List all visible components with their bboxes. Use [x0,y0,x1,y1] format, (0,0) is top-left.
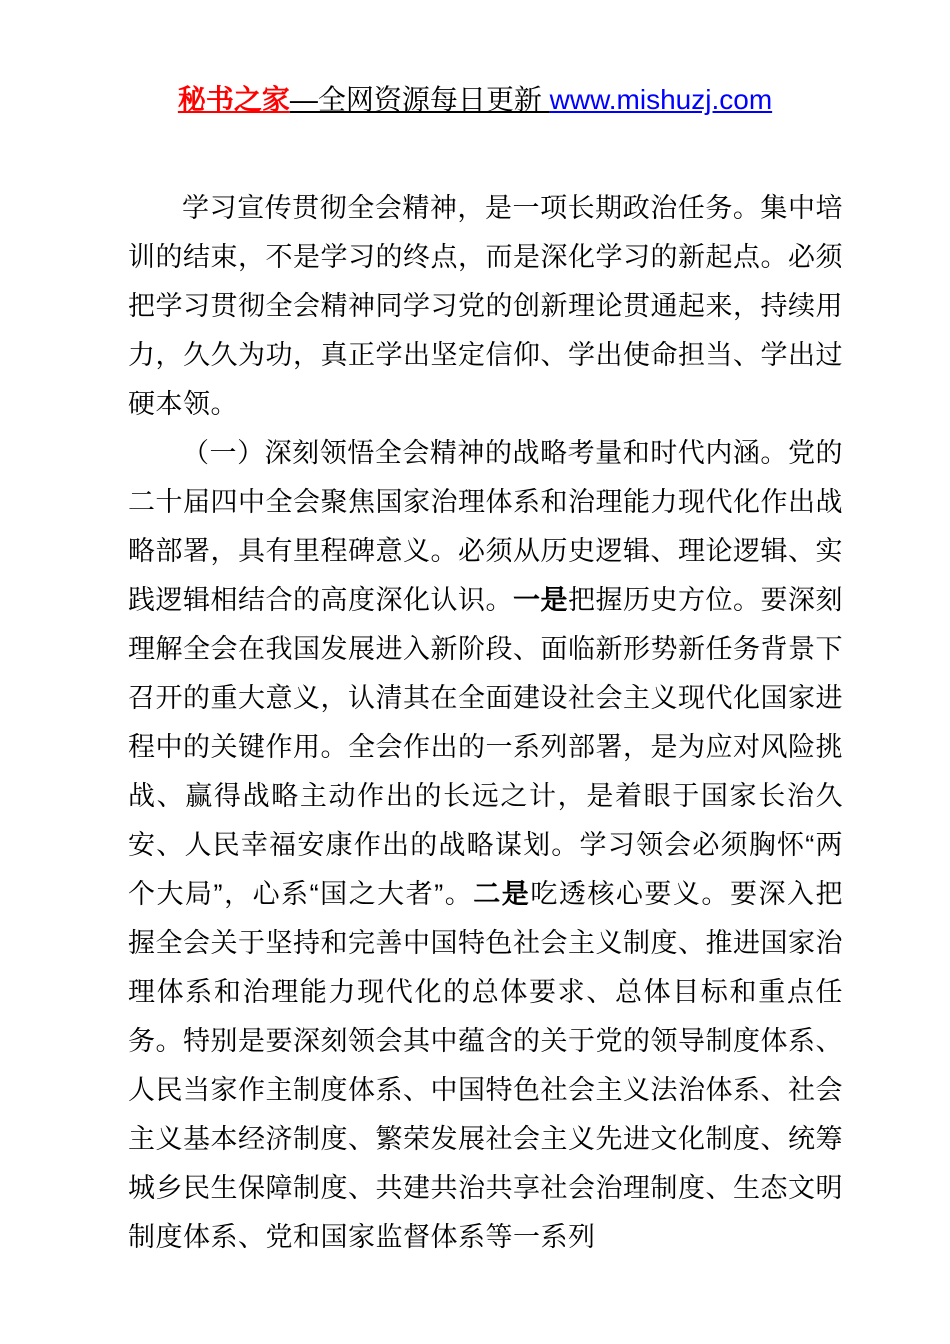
site-tagline: —全网资源每日更新 [290,84,550,115]
text-run: 学习宣传贯彻全会精神，是一项长期政治任务。集中培训的结束，不是学习的终点，而是深… [128,193,843,419]
site-url-link[interactable]: www.mishuzj.com [550,84,772,115]
text-run: 把握历史方位。要深刻理解全会在我国发展进入新阶段、面临新形势新任务背景下召开的重… [128,585,843,909]
emphasis-text-run: 一是 [513,585,568,615]
document-body: 学习宣传贯彻全会精神，是一项长期政治任务。集中培训的结束，不是学习的终点，而是深… [128,184,843,1262]
paragraph: 学习宣传贯彻全会精神，是一项长期政治任务。集中培训的结束，不是学习的终点，而是深… [128,184,843,429]
document-page: 秘书之家—全网资源每日更新 www.mishuzj.com 学习宣传贯彻全会精神… [0,0,950,1344]
text-run: 吃透核心要义。要深入把握全会关于坚持和完善中国特色社会主义制度、推进国家治理体系… [128,879,843,1252]
site-logo-text: 秘书之家 [178,84,290,115]
emphasis-text-run: 二是 [473,879,530,909]
paragraph: （一）深刻领悟全会精神的战略考量和时代内涵。党的二十届四中全会聚焦国家治理体系和… [128,429,843,1262]
site-header: 秘书之家—全网资源每日更新 www.mishuzj.com [0,0,950,118]
